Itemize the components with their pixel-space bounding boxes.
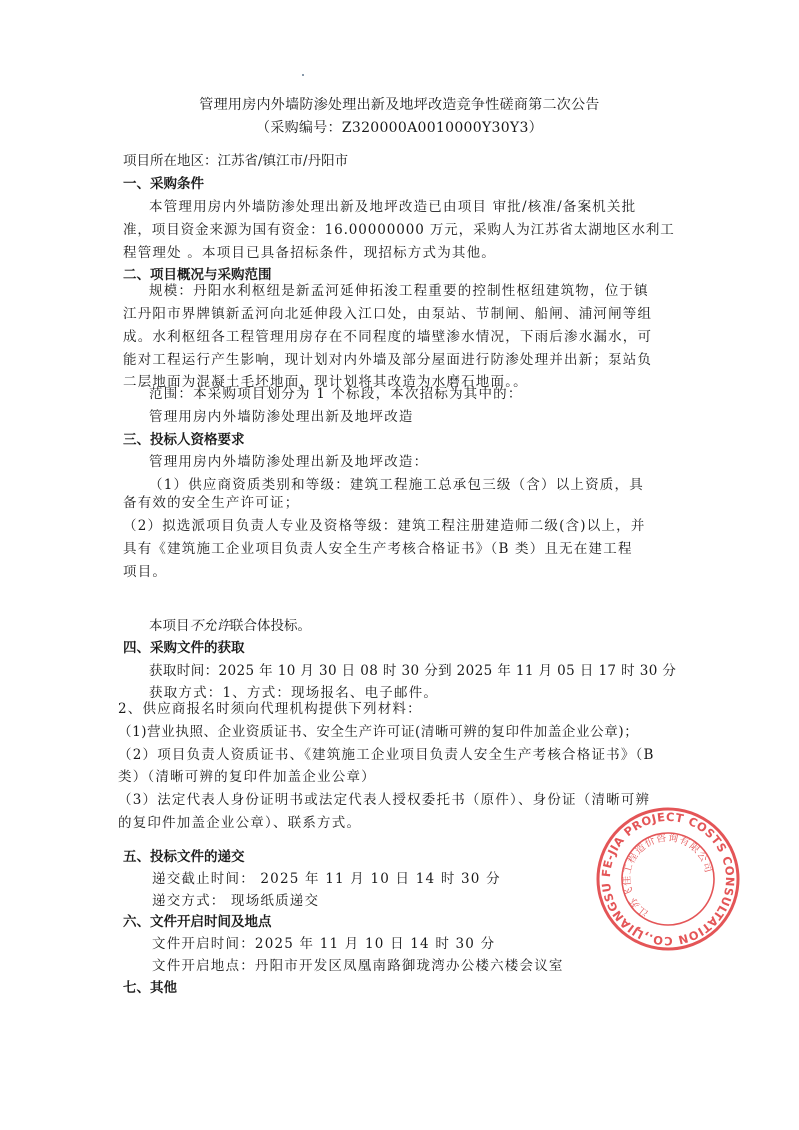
procurement-number: （采购编号：Z320000A0010000Y30Y3）	[0, 117, 799, 137]
document-title: 管理用房内外墙防渗处理出新及地坪改造竞争性磋商第二次公告	[0, 94, 799, 114]
company-seal-stamp: JIANGSU FE-JIA PROJECT COSTS CONSULTATIO…	[595, 806, 741, 952]
s4-materials-intro: 2、供应商报名时须向代理机构提供下列材料：	[118, 700, 422, 718]
s4-material-2: （2）项目负责人资质证书、《建筑施工企业项目负责人安全生产考核合格证书》（B	[118, 746, 655, 764]
s6-open-time: 文件开启时间：2025 年 11 月 10 日 14 时 30 分	[152, 935, 495, 953]
section-heading-3: 三、投标人资格要求	[123, 431, 245, 449]
s5-method: 递交方式： 现场纸质递交	[152, 892, 319, 910]
s2-line-1: 规模：丹阳水利枢纽是新孟河延伸拓浚工程重要的控制性枢纽建筑物，位于镇	[149, 282, 649, 300]
section-heading-7: 七、其他	[123, 979, 177, 997]
project-region: 项目所在地区：江苏省/镇江市/丹阳市	[123, 152, 348, 170]
s2-line-2: 江丹阳市界牌镇新孟河向北延伸段入江口处，由泵站、节制闸、船闸、浦河闸等组	[123, 305, 652, 323]
seal-icon: JIANGSU FE-JIA PROJECT COSTS CONSULTATIO…	[595, 806, 741, 952]
s4-material-3-cont: 的复印件加盖企业公章）、联系方式。	[118, 814, 361, 832]
s2-lot-name: 管理用房内外墙防渗处理出新及地坪改造	[149, 408, 414, 426]
s4-material-2-cont: 类）（清晰可辨的复印件加盖企业公章）	[118, 768, 376, 786]
joint-suffix: 联合体投标。	[230, 618, 311, 634]
s2-line-3: 成。水利枢纽各工程管理用房存在不同程度的墙壁渗水情况，下雨后渗水漏水，可	[123, 328, 652, 346]
s5-deadline: 递交截止时间： 2025 年 11 月 10 日 14 时 30 分	[152, 870, 501, 888]
svg-text:JIANGSU FE-JIA PROJECT COSTS C: JIANGSU FE-JIA PROJECT COSTS CONSULTATIO…	[595, 806, 741, 952]
s4-material-1: （1)营业执照、企业资质证书、安全生产许可证(清晰可辨的复印件加盖企业公章)；	[118, 723, 638, 741]
s4-acquire-time: 获取时间：2025 年 10 月 30 日 08 时 30 分到 2025 年 …	[149, 662, 676, 680]
s3-line-4: （2）拟选派项目负责人专业及资格等级：建筑工程注册建造师二级(含)以上，并	[123, 517, 646, 535]
s6-open-location: 文件开启地点：丹阳市开发区凤凰南路御珑湾办公楼六楼会议室	[152, 957, 564, 975]
section-heading-5: 五、投标文件的递交	[123, 848, 245, 866]
scan-speck	[302, 74, 304, 76]
joint-emphasis: 不允许	[190, 618, 231, 634]
s2-scope: 范围：本采购项目划分为 1 个标段，本次招标为其中的：	[149, 385, 523, 403]
s2-line-4: 能对工程运行产生影响，现计划对内外墙及部分屋面进行防渗处理并出新；泵站负	[123, 351, 652, 369]
s3-line-2: （1）供应商资质类别和等级：建筑工程施工总承包三级（含）以上资质，具	[149, 476, 644, 494]
joint-prefix: 本项目	[149, 618, 190, 634]
section-heading-6: 六、文件开启时间及地点	[123, 913, 272, 931]
document-page: 管理用房内外墙防渗处理出新及地坪改造竞争性磋商第二次公告 （采购编号：Z3200…	[0, 0, 799, 1130]
s1-line-1: 本管理用房内外墙防渗处理出新及地坪改造已由项目 审批/核准/备案机关批	[149, 198, 636, 216]
s3-line-1: 管理用房内外墙防渗处理出新及地坪改造：	[149, 453, 428, 471]
s1-line-3: 程管理处 。本项目已具备招标条件，现招标方式为其他。	[123, 244, 496, 262]
section-heading-4: 四、采购文件的获取	[123, 639, 245, 657]
s3-line-6: 项目。	[123, 563, 167, 581]
s3-line-5: 具有《建筑施工企业项目负责人安全生产考核合格证书》（B 类）且无在建工程	[123, 540, 633, 558]
s1-line-2: 准，项目资金来源为国有资金：16.00000000 万元，采购人为江苏省太湖地区…	[123, 221, 675, 239]
s4-material-3: （3）法定代表人身份证明书或法定代表人授权委托书（原件）、身份证（清晰可辨	[118, 791, 650, 809]
joint-bid-statement: 本项目不允许联合体投标。	[149, 617, 311, 635]
s3-line-3: 备有效的安全生产许可证；	[123, 494, 299, 512]
section-heading-1: 一、采购条件	[123, 175, 204, 193]
